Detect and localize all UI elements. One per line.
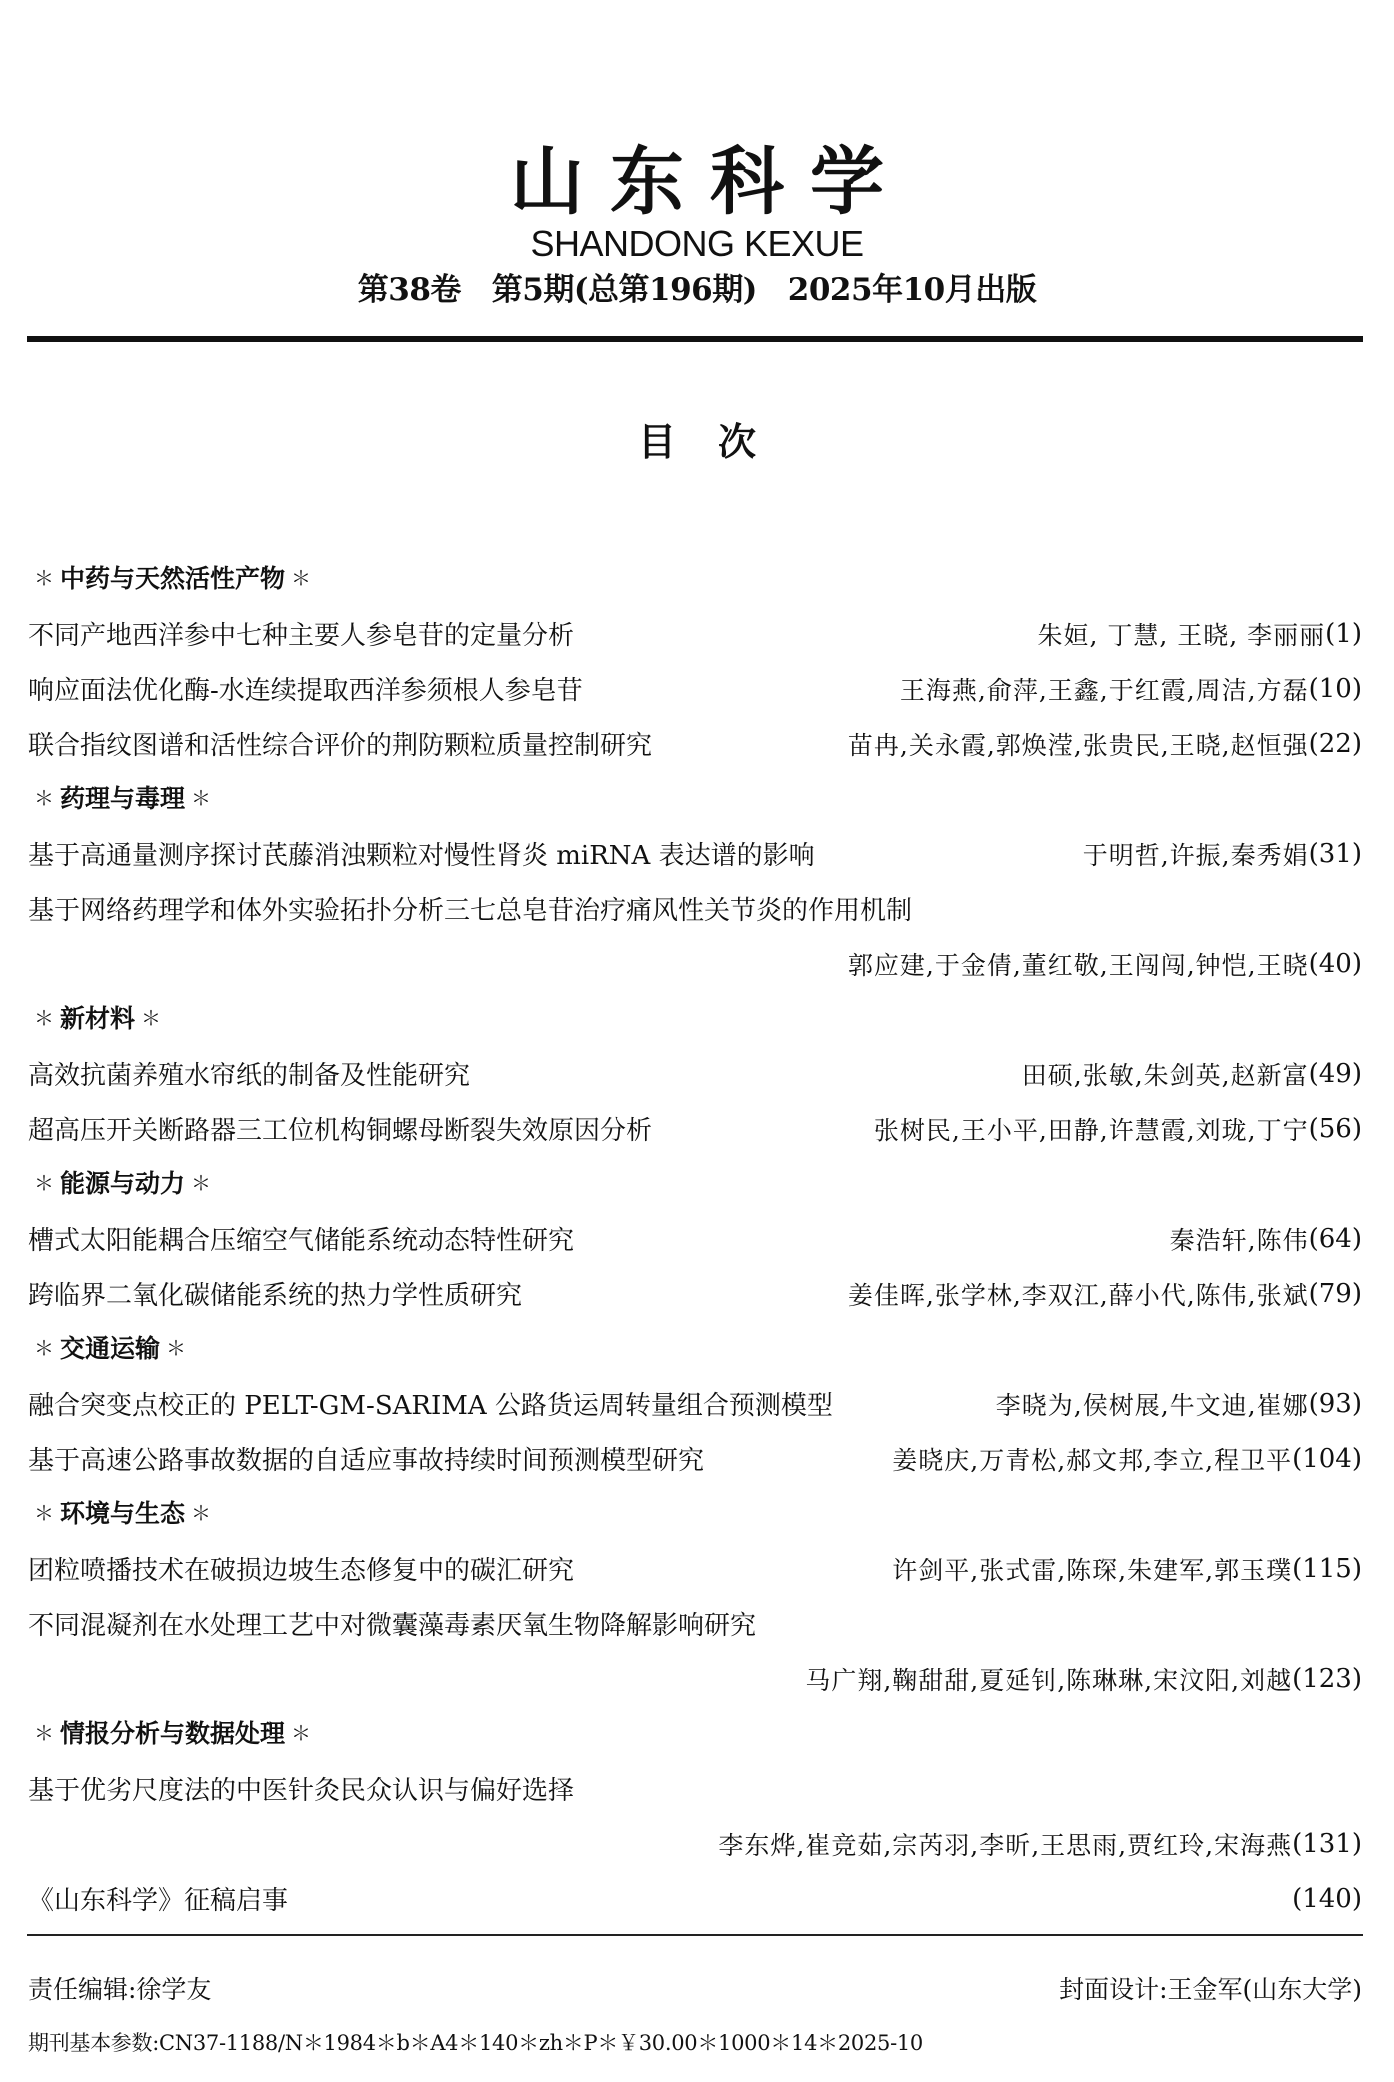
article-title[interactable]: 高效抗菌养殖水帘纸的制备及性能研究 <box>28 1055 470 1092</box>
page-number[interactable]: (115) <box>1292 1554 1362 1584</box>
toc-entry[interactable]: 团粒喷播技术在破损边坡生态修复中的碳汇研究 许剑平,张式雷,陈琛,朱建军,郭玉璞… <box>28 1541 1362 1596</box>
article-title[interactable]: 联合指纹图谱和活性综合评价的荆防颗粒质量控制研究 <box>28 725 652 762</box>
asterisk-icon: ＊ <box>34 991 54 1046</box>
toc-entry[interactable]: 基于高速公路事故数据的自适应事故持续时间预测模型研究 姜晓庆,万青松,郝文邦,李… <box>28 1431 1362 1486</box>
toc-entry-title-line[interactable]: 基于优劣尺度法的中医针灸民众认识与偏好选择 <box>28 1761 1362 1816</box>
section-heading: ＊ 新材料 ＊ <box>28 991 1362 1046</box>
section-name: 交通运输 <box>60 1321 160 1376</box>
page-number[interactable]: (1) <box>1325 619 1362 649</box>
article-title[interactable]: 《山东科学》征稿启事 <box>28 1880 288 1917</box>
page-number[interactable]: (40) <box>1309 949 1362 979</box>
dot-leader <box>662 1115 690 1143</box>
dot-leader <box>714 1445 738 1473</box>
section-name: 环境与生态 <box>60 1486 185 1541</box>
dot-leader <box>584 1225 1160 1253</box>
article-authors: 王海燕,俞萍,王鑫,于红霞,周洁,方磊 <box>900 671 1309 707</box>
asterisk-icon: ＊ <box>166 1321 186 1376</box>
dot-leader <box>532 1280 838 1308</box>
toc-entry[interactable]: 高效抗菌养殖水帘纸的制备及性能研究 田硕,张敏,朱剑英,赵新富 (49) <box>28 1046 1362 1101</box>
asterisk-icon: ＊ <box>141 991 161 1046</box>
table-of-contents: ＊ 中药与天然活性产物 ＊ 不同产地西洋参中七种主要人参皂苷的定量分析 朱姮, … <box>28 551 1362 1926</box>
dot-leader <box>843 1390 867 1418</box>
section-heading: ＊ 交通运输 ＊ <box>28 1321 1362 1376</box>
issue-line: 第38卷 第5期(总第196期) 2025年10月出版 <box>0 270 1394 310</box>
masthead-title: 山东科学 <box>0 142 1394 222</box>
toc-entry-title-line[interactable]: 不同混凝剂在水处理工艺中对微囊藻毒素厌氧生物降解影响研究 <box>28 1596 1362 1651</box>
toc-entry[interactable]: 跨临界二氧化碳储能系统的热力学性质研究 姜佳晖,张学林,李双江,薛小代,陈伟,张… <box>28 1266 1362 1321</box>
toc-entry[interactable]: 《山东科学》征稿启事 (140) <box>28 1871 1362 1926</box>
toc-entry[interactable]: 基于高通量测序探讨芪藤消浊颗粒对慢性肾炎 miRNA 表达谱的影响 于明哲,许振… <box>28 826 1362 881</box>
asterisk-icon: ＊ <box>191 1156 211 1211</box>
page-number[interactable]: (79) <box>1309 1279 1362 1309</box>
responsible-editor: 责任编辑:徐学友 <box>28 1973 211 2007</box>
toc-entry[interactable]: 超高压开关断路器三工位机构铜螺母断裂失效原因分析 张树民,王小平,田静,许慧霞,… <box>28 1101 1362 1156</box>
asterisk-icon: ＊ <box>191 1486 211 1541</box>
article-title[interactable]: 基于高速公路事故数据的自适应事故持续时间预测模型研究 <box>28 1440 704 1477</box>
page-number[interactable]: (64) <box>1309 1224 1362 1254</box>
page-number[interactable]: (10) <box>1309 674 1362 704</box>
dot-leader <box>662 730 690 758</box>
article-title[interactable]: 响应面法优化酶-水连续提取西洋参须根人参皂苷 <box>28 670 583 707</box>
toc-entry[interactable]: 响应面法优化酶-水连续提取西洋参须根人参皂苷 王海燕,俞萍,王鑫,于红霞,周洁,… <box>28 661 1362 716</box>
article-title[interactable]: 跨临界二氧化碳储能系统的热力学性质研究 <box>28 1275 522 1312</box>
article-title[interactable]: 超高压开关断路器三工位机构铜螺母断裂失效原因分析 <box>28 1110 652 1147</box>
bottom-rule <box>27 1934 1363 1936</box>
section-heading: ＊ 中药与天然活性产物 ＊ <box>28 551 1362 606</box>
section-name: 药理与毒理 <box>60 771 185 826</box>
article-authors: 姜晓庆,万青松,郝文邦,李立,程卫平 <box>892 1441 1292 1477</box>
asterisk-icon: ＊ <box>34 1706 54 1761</box>
article-authors: 许剑平,张式雷,陈琛,朱建军,郭玉璞 <box>892 1551 1292 1587</box>
dot-leader <box>298 1885 1282 1913</box>
asterisk-icon: ＊ <box>34 1486 54 1541</box>
asterisk-icon: ＊ <box>34 551 54 606</box>
article-authors: 于明哲,许振,秦秀娟 <box>1083 836 1309 872</box>
dot-leader <box>584 620 1027 648</box>
dot-leader <box>98 1665 795 1693</box>
section-name: 能源与动力 <box>60 1156 185 1211</box>
article-authors: 张树民,王小平,田静,许慧霞,刘珑,丁宁 <box>874 1111 1309 1147</box>
page-number[interactable]: (131) <box>1292 1829 1362 1859</box>
top-rule <box>27 336 1363 342</box>
toc-entry-continuation[interactable]: 郭应建,于金倩,董红敬,王闯闯,钟恺,王晓 (40) <box>28 936 1362 991</box>
article-title[interactable]: 融合突变点校正的 PELT-GM-SARIMA 公路货运周转量组合预测模型 <box>28 1385 833 1422</box>
article-authors: 秦浩轩,陈伟 <box>1170 1221 1309 1257</box>
asterisk-icon: ＊ <box>34 1156 54 1211</box>
cover-design-credit: 封面设计:王金军(山东大学) <box>1059 1973 1362 2007</box>
page-number[interactable]: (140) <box>1292 1884 1362 1914</box>
journal-parameters: 期刊基本参数:CN37-1188/N＊1984＊b＊A4＊140＊zh＊P＊￥3… <box>28 2028 923 2058</box>
page-number[interactable]: (49) <box>1309 1059 1362 1089</box>
page-number[interactable]: (31) <box>1309 839 1362 869</box>
article-title[interactable]: 槽式太阳能耦合压缩空气储能系统动态特性研究 <box>28 1220 574 1257</box>
page-number[interactable]: (22) <box>1309 729 1362 759</box>
page-number[interactable]: (104) <box>1292 1444 1362 1474</box>
article-authors: 姜佳晖,张学林,李双江,薛小代,陈伟,张斌 <box>848 1276 1309 1312</box>
asterisk-icon: ＊ <box>291 551 311 606</box>
dot-leader <box>98 950 838 978</box>
toc-entry-title-line[interactable]: 基于网络药理学和体外实验拓扑分析三七总皂苷治疗痛风性关节炎的作用机制 <box>28 881 1362 936</box>
masthead-pinyin: SHANDONG KEXUE <box>0 224 1394 264</box>
section-heading: ＊ 能源与动力 ＊ <box>28 1156 1362 1211</box>
section-heading: ＊ 环境与生态 ＊ <box>28 1486 1362 1541</box>
dot-leader <box>98 1830 708 1858</box>
toc-entry[interactable]: 不同产地西洋参中七种主要人参皂苷的定量分析 朱姮, 丁慧, 王晓, 李丽丽 (1… <box>28 606 1362 661</box>
article-title[interactable]: 不同混凝剂在水处理工艺中对微囊藻毒素厌氧生物降解影响研究 <box>28 1605 1362 1642</box>
toc-entry[interactable]: 融合突变点校正的 PELT-GM-SARIMA 公路货运周转量组合预测模型 李晓… <box>28 1376 1362 1431</box>
page-number[interactable]: (56) <box>1309 1114 1362 1144</box>
asterisk-icon: ＊ <box>34 1321 54 1376</box>
article-title[interactable]: 基于高通量测序探讨芪藤消浊颗粒对慢性肾炎 miRNA 表达谱的影响 <box>28 835 815 872</box>
article-authors: 苗冉,关永霞,郭焕滢,张贵民,王晓,赵恒强 <box>848 726 1309 762</box>
dot-leader <box>825 840 1073 868</box>
asterisk-icon: ＊ <box>34 771 54 826</box>
section-name: 新材料 <box>60 991 135 1046</box>
toc-heading: 目次 <box>0 420 1394 464</box>
article-authors: 李晓为,侯树展,牛文迪,崔娜 <box>996 1386 1309 1422</box>
article-authors: 朱姮, 丁慧, 王晓, 李丽丽 <box>1037 616 1325 652</box>
article-authors: 李东烨,崔竞茹,宗芮羽,李昕,王思雨,贾红玲,宋海燕 <box>718 1826 1292 1862</box>
article-title[interactable]: 不同产地西洋参中七种主要人参皂苷的定量分析 <box>28 615 574 652</box>
article-title[interactable]: 团粒喷播技术在破损边坡生态修复中的碳汇研究 <box>28 1550 574 1587</box>
toc-entry[interactable]: 联合指纹图谱和活性综合评价的荆防颗粒质量控制研究 苗冉,关永霞,郭焕滢,张贵民,… <box>28 716 1362 771</box>
section-heading: ＊ 情报分析与数据处理 ＊ <box>28 1706 1362 1761</box>
dot-leader <box>480 1060 1012 1088</box>
article-authors: 马广翔,鞠甜甜,夏延钊,陈琳琳,宋汶阳,刘越 <box>805 1661 1292 1697</box>
dot-leader <box>593 675 890 703</box>
section-name: 中药与天然活性产物 <box>60 551 285 606</box>
page-number[interactable]: (93) <box>1309 1389 1362 1419</box>
dot-leader <box>584 1555 882 1583</box>
article-authors: 郭应建,于金倩,董红敬,王闯闯,钟恺,王晓 <box>848 946 1309 982</box>
section-heading: ＊ 药理与毒理 ＊ <box>28 771 1362 826</box>
article-title[interactable]: 基于优劣尺度法的中医针灸民众认识与偏好选择 <box>28 1770 1362 1807</box>
toc-entry-continuation[interactable]: 马广翔,鞠甜甜,夏延钊,陈琳琳,宋汶阳,刘越 (123) <box>28 1651 1362 1706</box>
section-name: 情报分析与数据处理 <box>60 1706 285 1761</box>
toc-entry-continuation[interactable]: 李东烨,崔竞茹,宗芮羽,李昕,王思雨,贾红玲,宋海燕 (131) <box>28 1816 1362 1871</box>
asterisk-icon: ＊ <box>291 1706 311 1761</box>
asterisk-icon: ＊ <box>191 771 211 826</box>
page-number[interactable]: (123) <box>1292 1664 1362 1694</box>
toc-entry[interactable]: 槽式太阳能耦合压缩空气储能系统动态特性研究 秦浩轩,陈伟 (64) <box>28 1211 1362 1266</box>
article-title[interactable]: 基于网络药理学和体外实验拓扑分析三七总皂苷治疗痛风性关节炎的作用机制 <box>28 890 1362 927</box>
article-authors: 田硕,张敏,朱剑英,赵新富 <box>1022 1056 1309 1092</box>
